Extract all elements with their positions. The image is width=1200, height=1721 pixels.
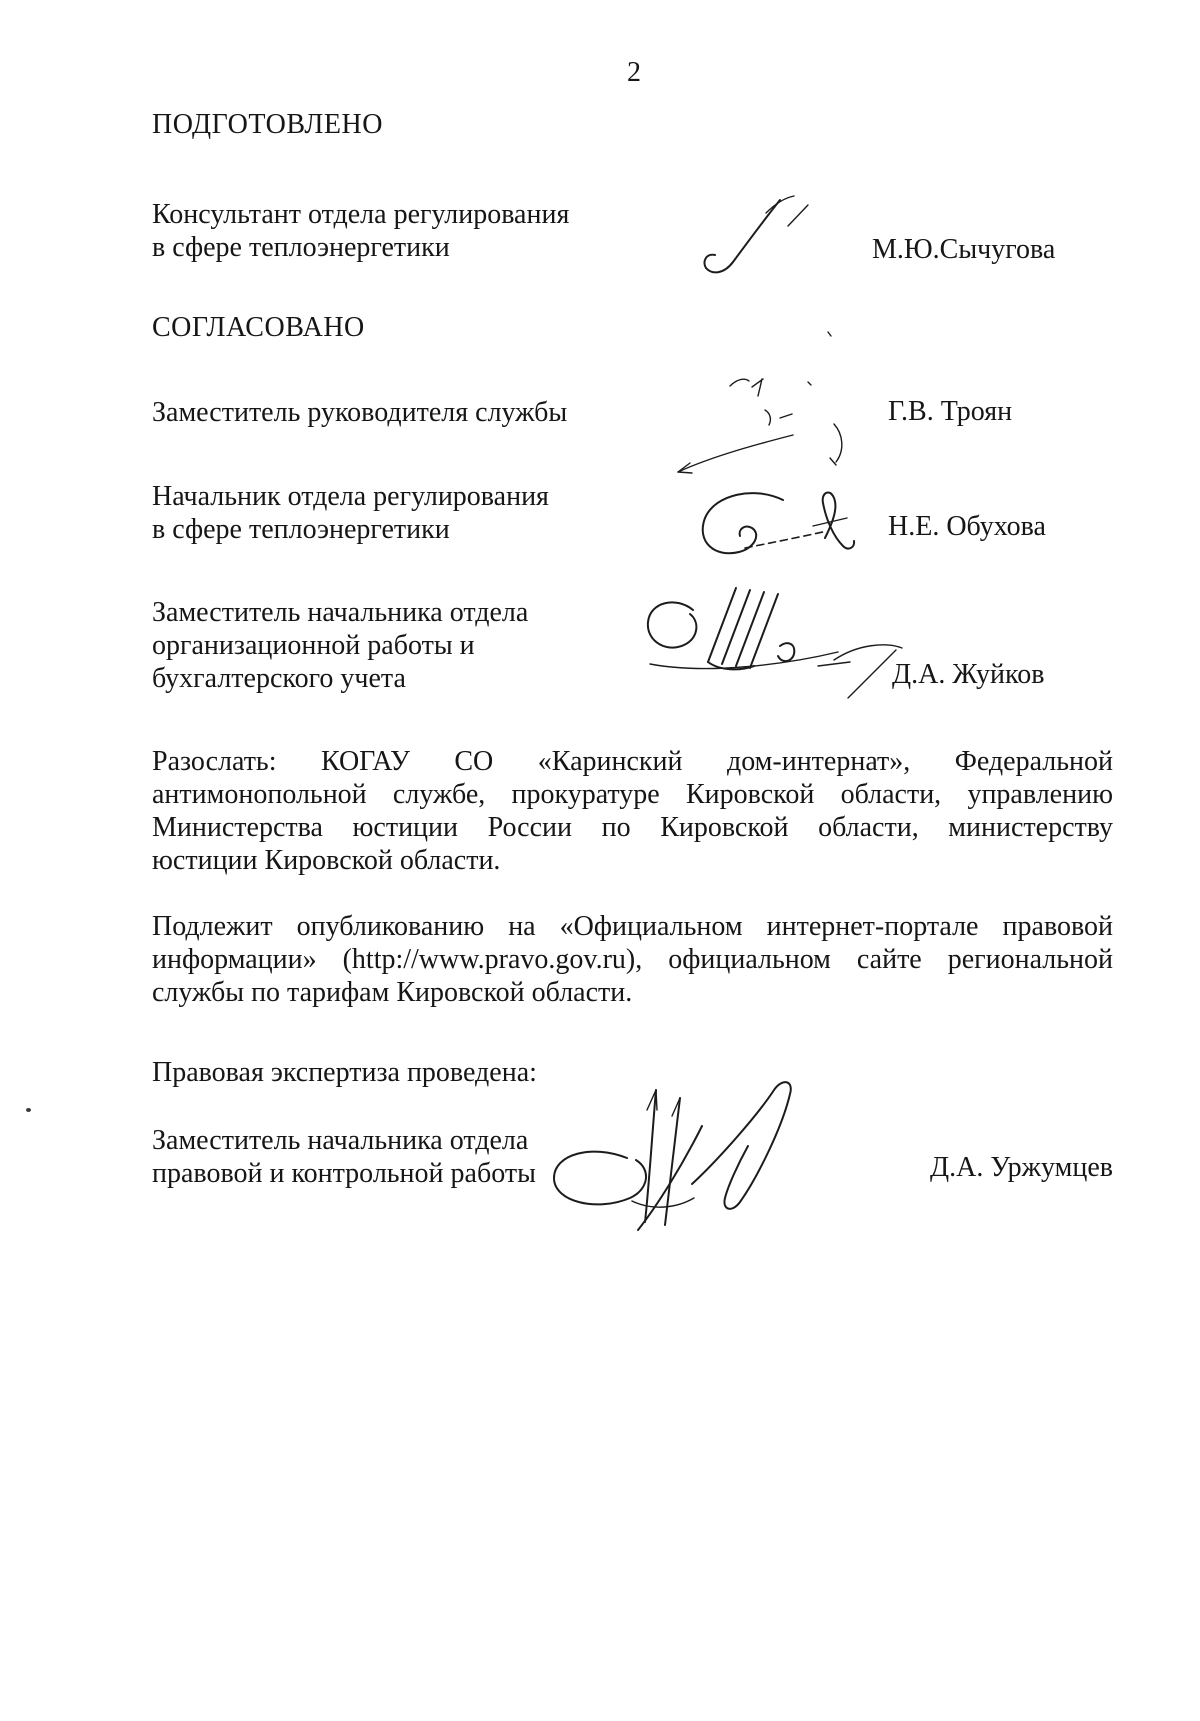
signatory-name: Г.В. Троян <box>888 395 1012 428</box>
signatory-name: Н.Е. Обухова <box>888 510 1046 543</box>
document-page: 2 ПОДГОТОВЛЕНО Консультант отдела регули… <box>0 0 1200 1721</box>
signature-urzhumtsev-icon <box>542 1066 802 1234</box>
paragraph-line: юстиции Кировской области. <box>152 844 1113 877</box>
signatory-title-dept-head: Начальник отдела регулирования в сфере т… <box>152 480 549 546</box>
title-line: в сфере теплоэнергетики <box>152 231 569 264</box>
title-line: правовой и контрольной работы <box>152 1157 536 1190</box>
title-line: Заместитель руководителя службы <box>152 396 567 429</box>
signatory-name: М.Ю.Сычугова <box>872 233 1055 266</box>
signatory-title-accounting-deputy: Заместитель начальника отдела организаци… <box>152 596 528 695</box>
publication-paragraph: Подлежит опубликованию на «Официальном и… <box>152 910 1113 1009</box>
signature-troyan-icon <box>668 326 853 476</box>
paragraph-line: службы по тарифам Кировской области. <box>152 976 1113 1009</box>
prepared-heading: ПОДГОТОВЛЕНО <box>152 108 383 141</box>
title-line: Консультант отдела регулирования <box>152 198 569 231</box>
title-line: организационной работы и <box>152 629 528 662</box>
legal-review-heading: Правовая экспертиза проведена: <box>152 1056 537 1089</box>
signature-sychugova-icon <box>700 192 820 277</box>
signature-obukhova-icon <box>695 486 870 566</box>
title-line: Заместитель начальника отдела <box>152 596 528 629</box>
paragraph-line: Разослать: КОГАУ СО «Каринский дом-интер… <box>152 745 1113 778</box>
title-line: Начальник отдела регулирования <box>152 480 549 513</box>
signatory-title-legal-deputy: Заместитель начальника отдела правовой и… <box>152 1124 536 1190</box>
scan-speck <box>26 1108 31 1112</box>
page-number: 2 <box>621 56 647 89</box>
paragraph-line: Министерства юстиции России по Кировской… <box>152 811 1113 844</box>
signatory-title-deputy-head: Заместитель руководителя службы <box>152 396 567 429</box>
title-line: Заместитель начальника отдела <box>152 1124 536 1157</box>
signatory-name: Д.А. Уржумцев <box>930 1151 1113 1184</box>
signature-zhuikov-icon <box>638 574 906 704</box>
title-line: в сфере теплоэнергетики <box>152 513 549 546</box>
agreed-heading: СОГЛАСОВАНО <box>152 311 365 344</box>
title-line: бухгалтерского учета <box>152 662 528 695</box>
paragraph-line: антимонопольной службе, прокуратуре Киро… <box>152 778 1113 811</box>
paragraph-line: информации» (http://www.pravo.gov.ru), о… <box>152 943 1113 976</box>
paragraph-line: Подлежит опубликованию на «Официальном и… <box>152 910 1113 943</box>
distribution-paragraph: Разослать: КОГАУ СО «Каринский дом-интер… <box>152 745 1113 877</box>
signatory-name: Д.А. Жуйков <box>892 658 1044 691</box>
signatory-title-consultant: Консультант отдела регулирования в сфере… <box>152 198 569 264</box>
